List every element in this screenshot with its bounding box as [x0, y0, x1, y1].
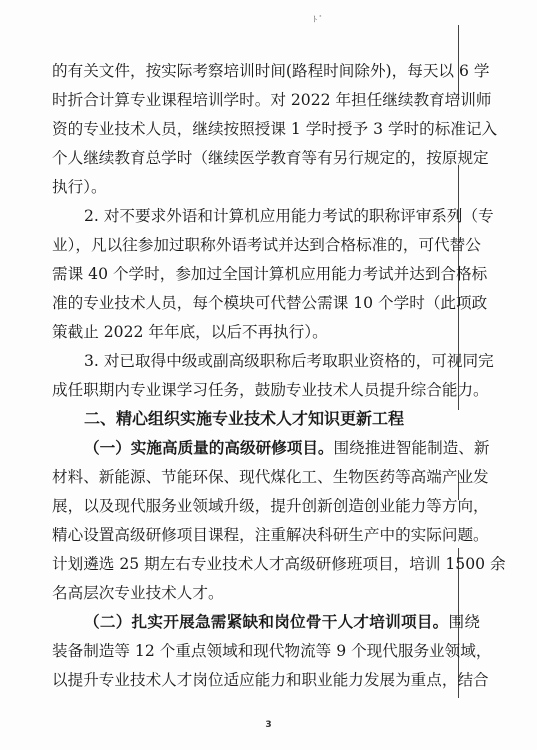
body-line: 装备制造等 12 个重点领域和现代物流等 9 个现代服务业领域，: [52, 640, 480, 662]
page-number: 3: [0, 720, 537, 730]
body-line: 执行）。: [52, 176, 480, 198]
body-line: 时折合计算专业课程培训学时。对 2022 年担任继续教育培训师: [52, 89, 480, 111]
body-line: 展，以及现代服务业领域升级，提升创新创造创业能力等方向，: [52, 495, 480, 517]
body-line: 精心设置高级研修项目课程，注重解决科研生产中的实际问题。: [52, 524, 480, 546]
body-line: 资的专业技术人员，继续按照授课 1 学时授予 3 学时的标准记入: [52, 118, 480, 140]
body-line: 2. 对不要求外语和计算机应用能力考试的职称评审系列（专: [84, 205, 480, 227]
body-line: 计划遴选 25 期左右专业技术人才高级研修班项目，培训 1500 余: [52, 553, 480, 575]
body-line: 策截止 2022 年年底，以后不再执行）。: [52, 321, 480, 343]
body-line: （一）实施高质量的高级研修项目。围绕推进智能制造、新: [84, 437, 480, 459]
body-line: （二）扎实开展急需紧缺和岗位骨干人才培训项目。围绕: [84, 611, 480, 633]
subsection-title: （一）实施高质量的高级研修项目。: [84, 438, 334, 457]
subsection-title: （二）扎实开展急需紧缺和岗位骨干人才培训项目。: [84, 612, 449, 631]
scan-artifact: ﾄ ﾞ: [313, 14, 323, 25]
body-line: 3. 对已取得中级或副高级职称后考取职业资格的，可视同完: [84, 350, 480, 372]
body-line: 名高层次专业技术人才。: [52, 582, 480, 604]
body-line: 准的专业技术人员，每个模块可代替公需课 10 个学时（此项政: [52, 292, 480, 314]
body-line: 以提升专业技术人才岗位适应能力和职业能力发展为重点，结合: [52, 669, 480, 691]
document-page: ﾄ ﾞ 的有关文件，按实际考察培训时间(路程时间除外)，每天以 6 学 时折合计…: [0, 0, 537, 750]
body-text: 围绕: [449, 613, 480, 631]
section-heading: 二、精心组织实施专业技术人才知识更新工程: [84, 408, 480, 430]
body-line: 成任职期内专业课学习任务，鼓励专业技术人员提升综合能力。: [52, 379, 480, 401]
body-line: 个人继续教育总学时（继续医学教育等有另行规定的，按原规定: [52, 147, 480, 169]
body-text: 围绕推进智能制造、新: [334, 439, 490, 457]
body-line: 材料、新能源、节能环保、现代煤化工、生物医药等高端产业发: [52, 466, 480, 488]
body-line: 业），凡以往参加过职称外语考试并达到合格标准的，可代替公: [52, 234, 480, 256]
body-line: 的有关文件，按实际考察培训时间(路程时间除外)，每天以 6 学: [52, 60, 480, 82]
scan-fold-line: [458, 165, 459, 410]
body-line: 需课 40 个学时，参加过全国计算机应用能力考试并达到合格标: [52, 263, 480, 285]
